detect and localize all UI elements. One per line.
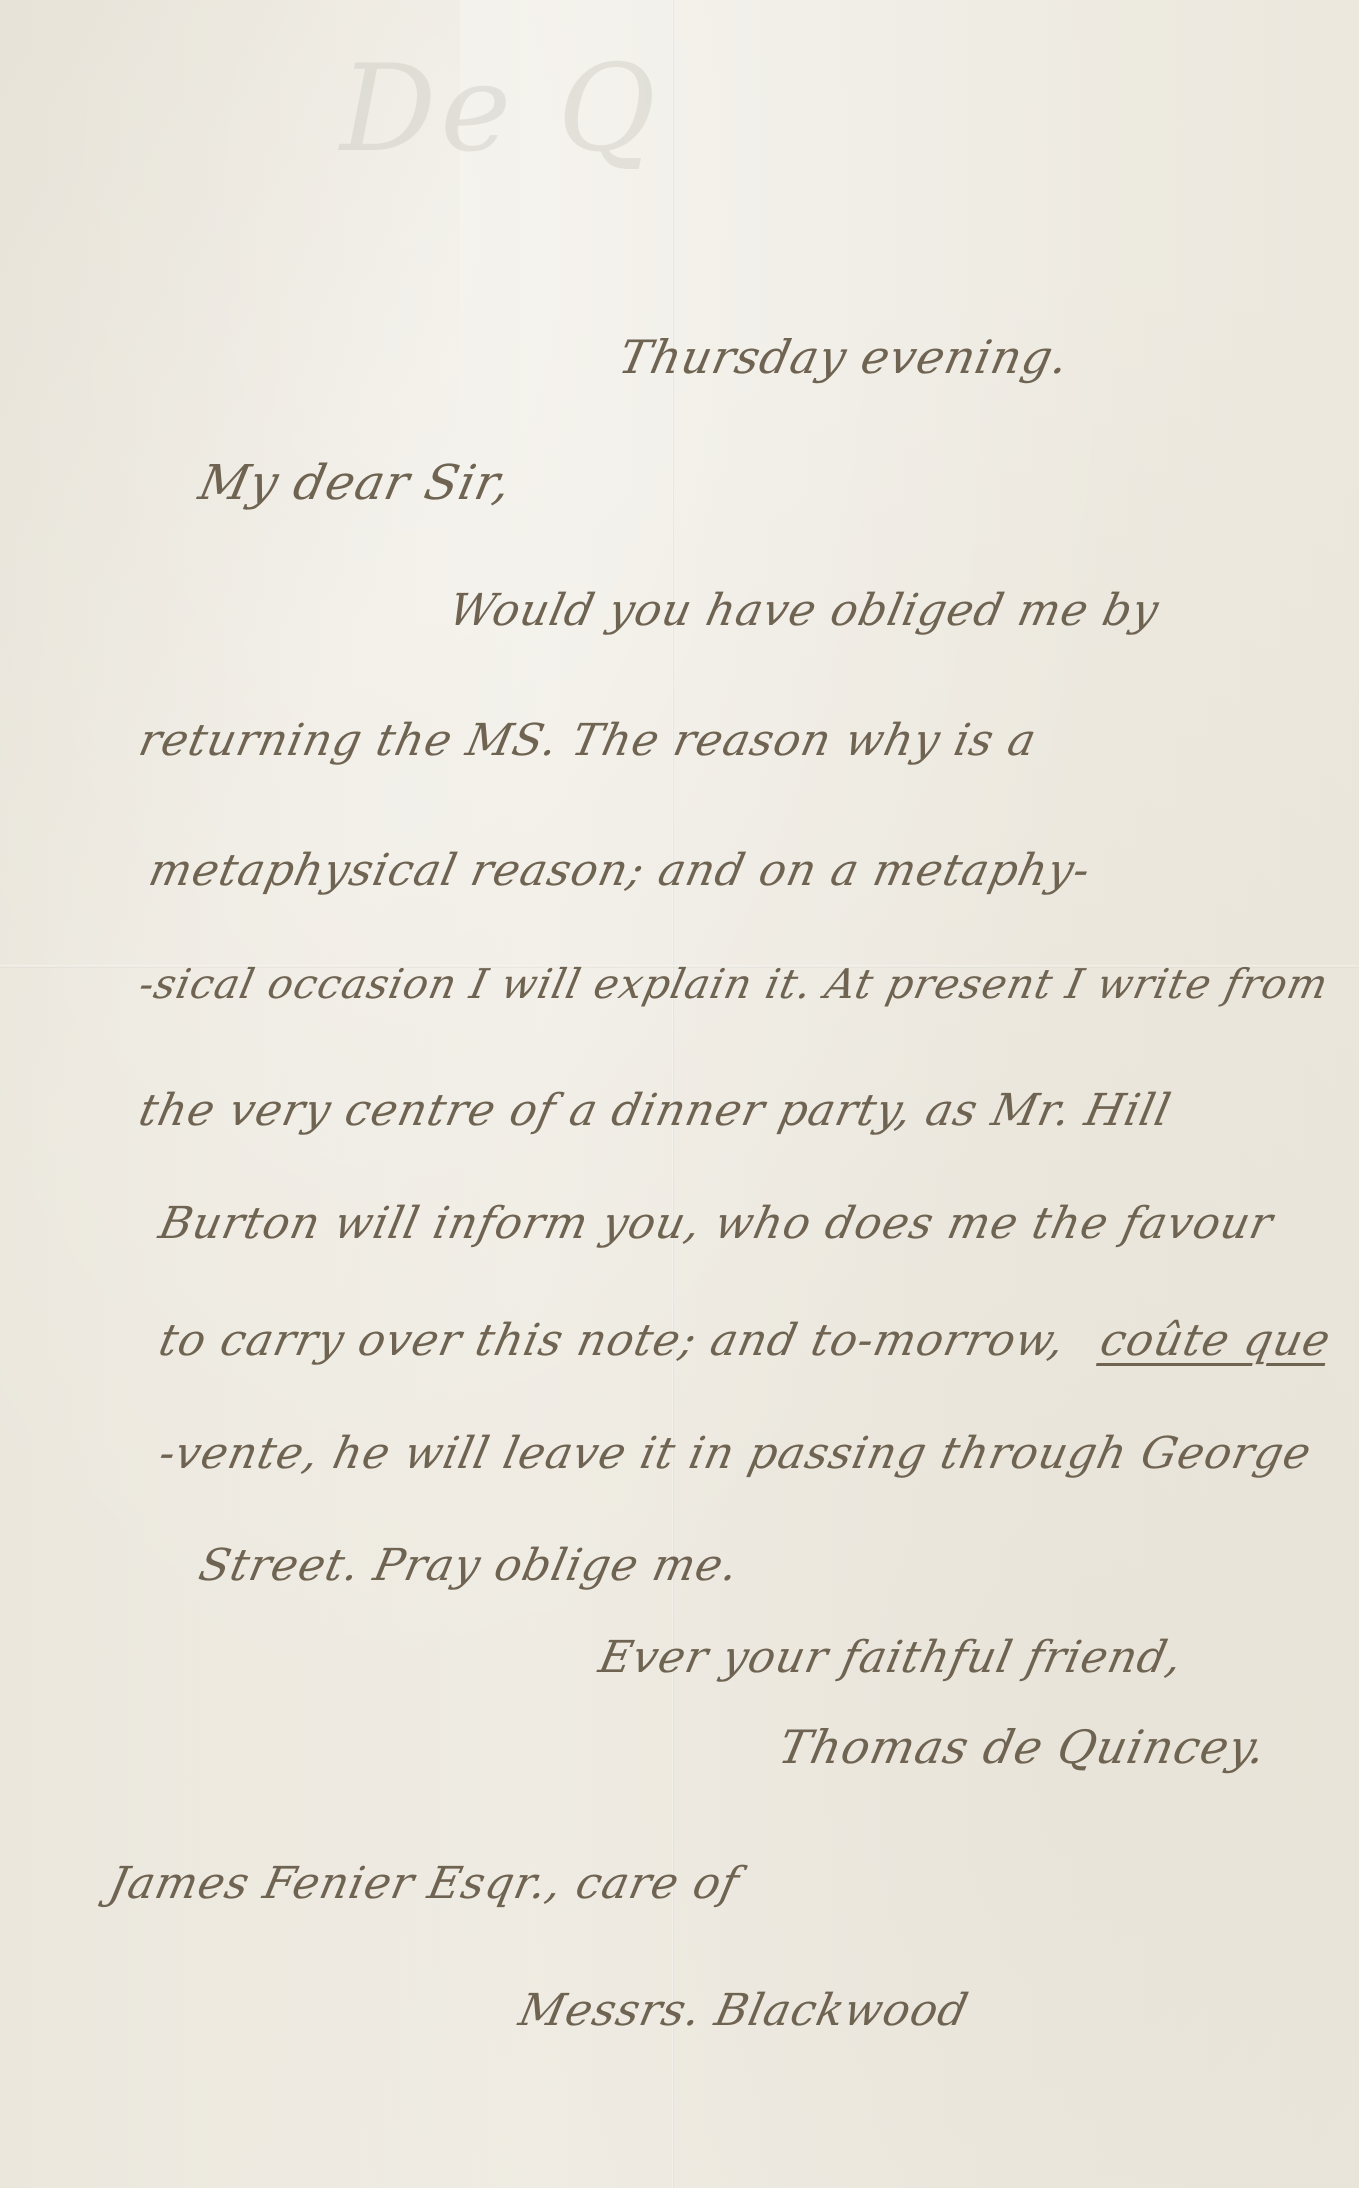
salutation: My dear Sir, (194, 455, 517, 511)
body-line-3: metaphysical reason; and on a metaphy- (145, 845, 1096, 896)
closing: Ever your faithful friend, (595, 1632, 1188, 1683)
underlined-phrase-part1: coûte que (1096, 1315, 1336, 1366)
body-line-7: to carry over this note; and to-morrow, … (155, 1315, 1336, 1366)
address-line-1: James Fenier Esqr., care of (105, 1858, 744, 1909)
body-line-9: Street. Pray oblige me. (195, 1540, 744, 1591)
body-line-4: -sical occasion I will explain it. At pr… (135, 960, 1333, 1008)
signature: Thomas de Quincey. (774, 1720, 1271, 1774)
body-line-1: Would you have obliged me by (445, 585, 1164, 636)
body-line-2: returning the MS. The reason why is a (135, 715, 1042, 766)
body-line-2-text: returning the MS. The reason why is a (135, 715, 1042, 766)
body-line-8-text: -vente, he will leave it in passing thro… (155, 1428, 1317, 1479)
address-line-2: Messrs. Blackwood (515, 1985, 973, 2036)
date-line: Thursday evening. (614, 330, 1074, 384)
body-line-5: the very centre of a dinner party, as Mr… (135, 1085, 1176, 1136)
body-line-8: -vente, he will leave it in passing thro… (155, 1428, 1317, 1479)
body-line-6: Burton will inform you, who does me the … (155, 1198, 1278, 1249)
bleed-through-ink: De Q (340, 40, 660, 179)
body-line-7-text: to carry over this note; and to-morrow, (155, 1315, 1070, 1366)
